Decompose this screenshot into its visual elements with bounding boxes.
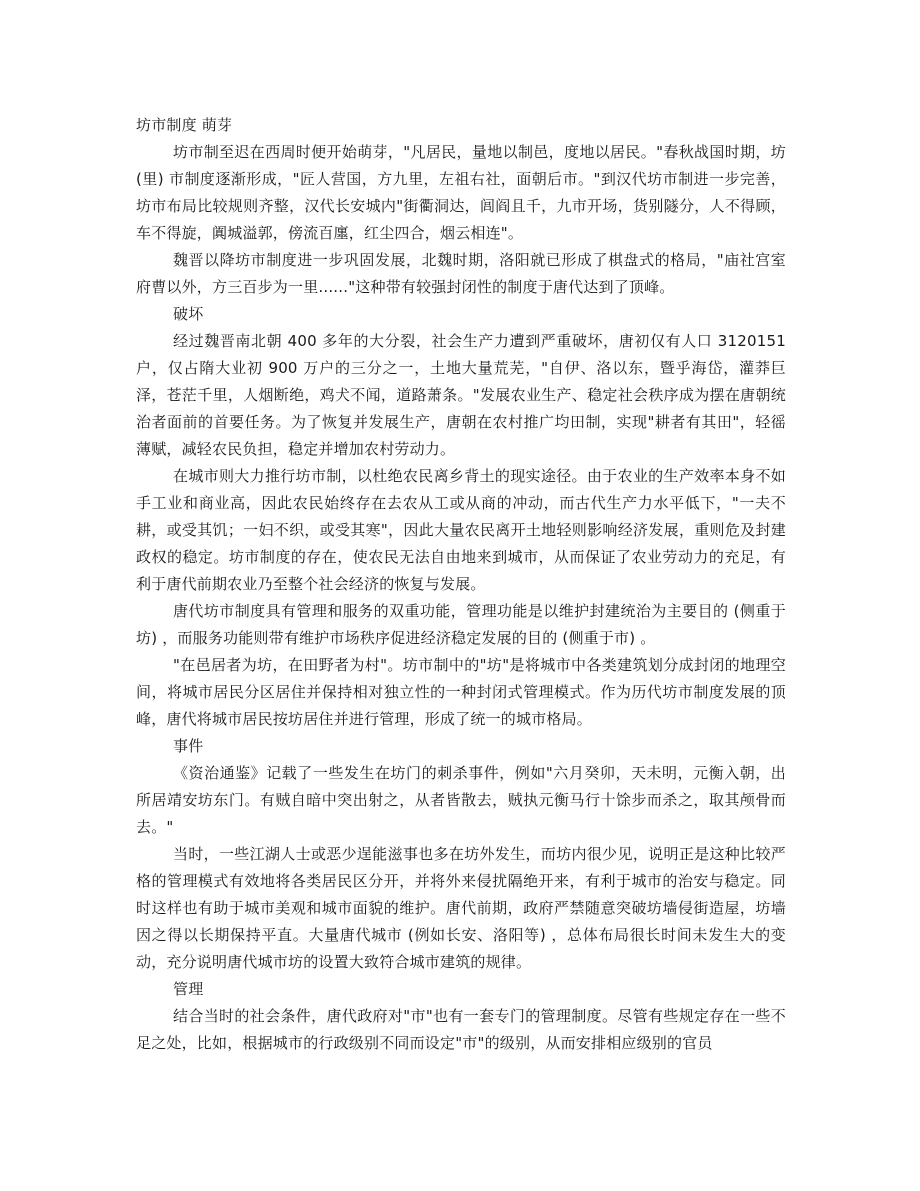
paragraph-origin: 坊市制至迟在西周时便开始萌芽，"凡居民，量地以制邑，度地以居民。"春秋战国时期，… <box>136 139 786 247</box>
paragraph-management: 结合当时的社会条件，唐代政府对"市"也有一套专门的管理制度。尽管有些规定存在一些… <box>136 1003 786 1057</box>
paragraph-destruction: 经过魏晋南北朝 400 多年的大分裂，社会生产力遭到严重破坏，唐初仅有人口 31… <box>136 328 786 463</box>
section-heading-management: 管理 <box>136 976 786 1003</box>
document-title: 坊市制度 萌芽 <box>136 112 786 139</box>
section-heading-destruction: 破坏 <box>136 301 786 328</box>
paragraph-security: 当时，一些江湖人士或恶少逞能滋事也多在坊外发生，而坊内很少见，说明正是这种比较严… <box>136 841 786 976</box>
paragraph-fang-definition: "在邑居者为坊，在田野者为村"。坊市制中的"坊"是将城市中各类建筑划分成封闭的地… <box>136 652 786 733</box>
paragraph-assassination: 《资治通鉴》记载了一些发生在坊门的刺杀事件，例如"六月癸卯，天未明，元衡入朝，出… <box>136 760 786 841</box>
document-page: 坊市制度 萌芽 坊市制至迟在西周时便开始萌芽，"凡居民，量地以制邑，度地以居民。… <box>136 112 786 1057</box>
paragraph-dual-function: 唐代坊市制度具有管理和服务的双重功能，管理功能是以维护封建统治为主要目的 (侧重… <box>136 598 786 652</box>
paragraph-city-policy: 在城市则大力推行坊市制，以杜绝农民离乡背土的现实途径。由于农业的生产效率本身不如… <box>136 463 786 598</box>
section-heading-events: 事件 <box>136 733 786 760</box>
paragraph-weijin: 魏晋以降坊市制度进一步巩固发展，北魏时期，洛阳就已形成了棋盘式的格局，"庙社宫室… <box>136 247 786 301</box>
